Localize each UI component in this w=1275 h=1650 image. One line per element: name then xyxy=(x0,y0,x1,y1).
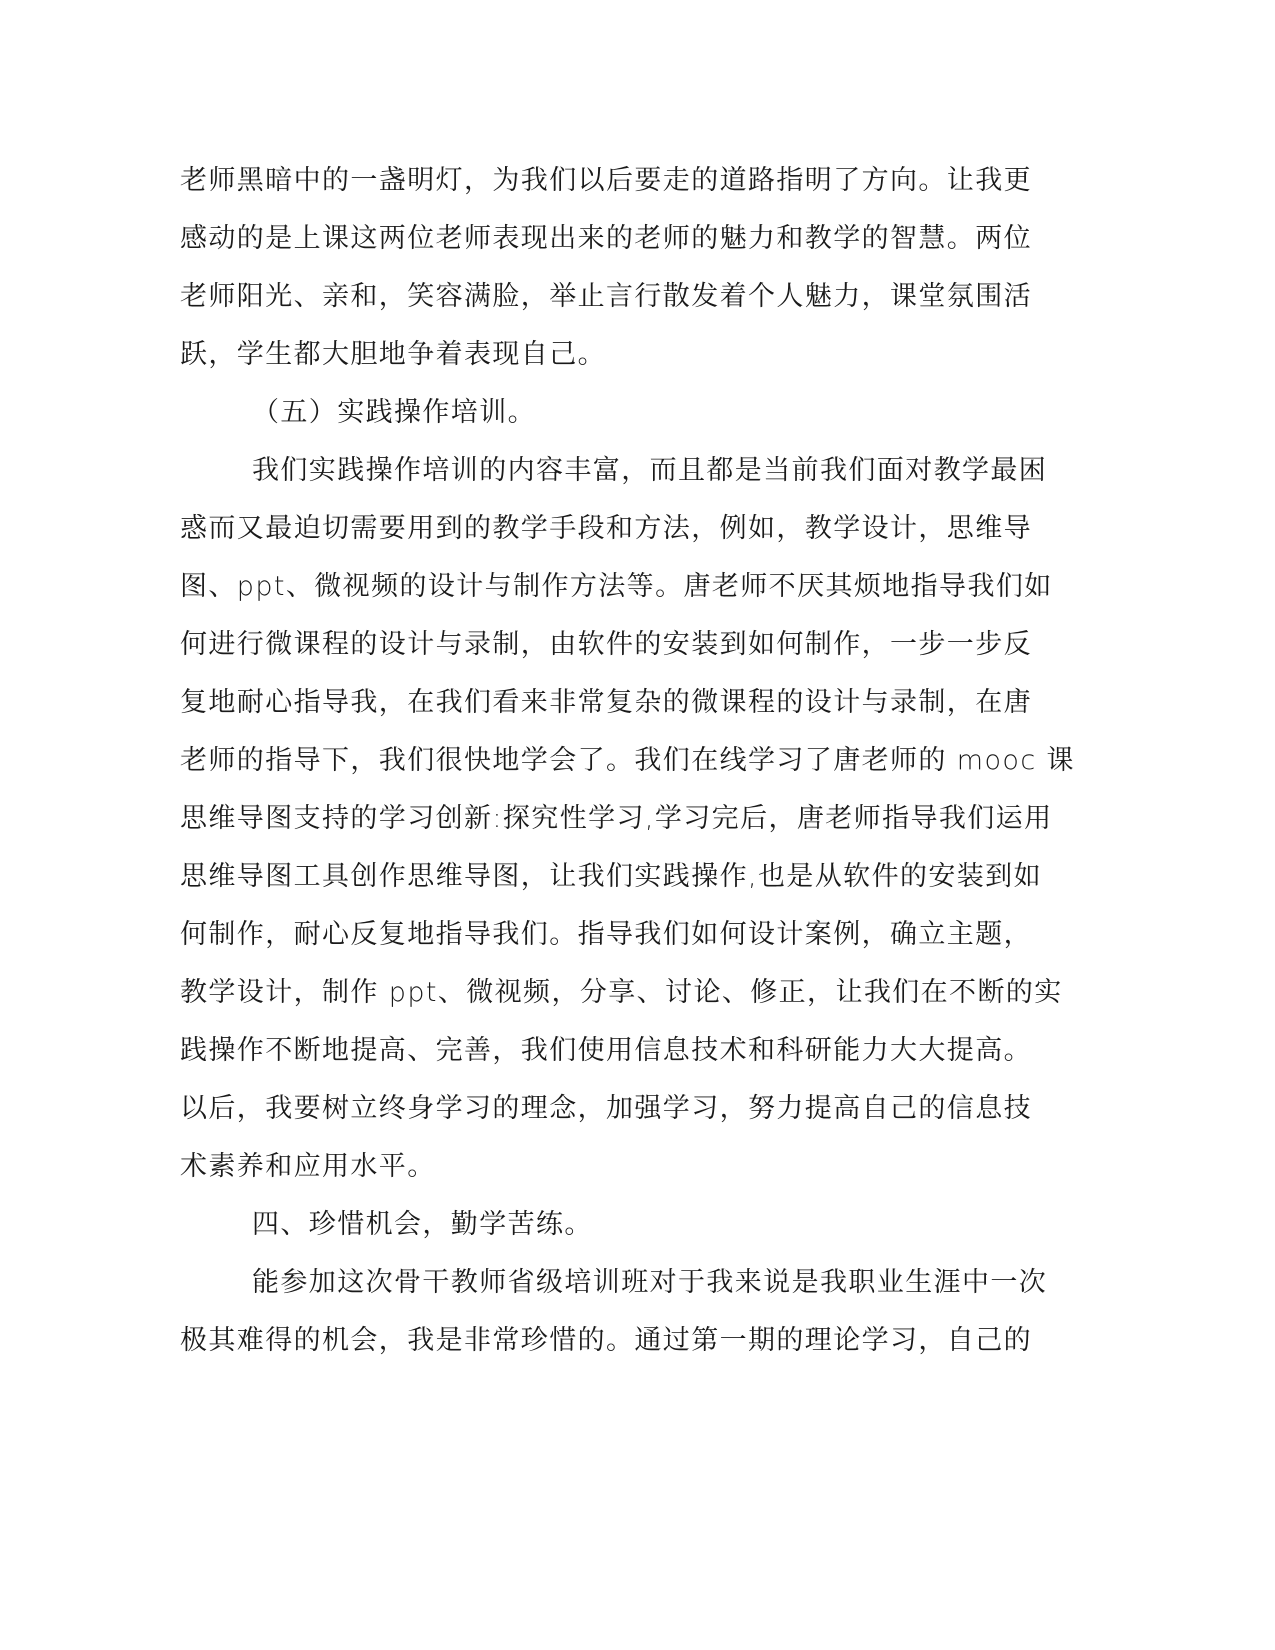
document-page: 老师黑暗中的一盏明灯，为我们以后要走的道路指明了方向。让我更 感动的是上课这两位… xyxy=(180,158,1040,1376)
paragraph-line: 能参加这次骨干教师省级培训班对于我来说是我职业生涯中一次 xyxy=(180,1260,1040,1318)
line-text: 何进行微课程的设计与录制，由软件的安装到如何制作，一步一步反 xyxy=(180,629,1032,660)
paragraph-line: 术素养和应用水平。 xyxy=(180,1144,1040,1202)
line-text: 教学设计，制作 ppt、微视频，分享、讨论、修正，让我们在不断的实 xyxy=(180,977,1063,1008)
paragraph-line: 何制作，耐心反复地指导我们。指导我们如何设计案例，确立主题， xyxy=(180,912,1040,970)
paragraph-line: 以后，我要树立终身学习的理念，加强学习，努力提高自己的信息技 xyxy=(180,1086,1040,1144)
line-text: 极其难得的机会，我是非常珍惜的。通过第一期的理论学习，自己的 xyxy=(180,1325,1032,1356)
paragraph-line: 践操作不断地提高、完善，我们使用信息技术和科研能力大大提高。 xyxy=(180,1028,1040,1086)
paragraph-line: 老师阳光、亲和，笑容满脸，举止言行散发着个人魅力，课堂氛围活 xyxy=(180,274,1040,332)
line-text: 能参加这次骨干教师省级培训班对于我来说是我职业生涯中一次 xyxy=(252,1267,1047,1298)
line-text: 何制作，耐心反复地指导我们。指导我们如何设计案例，确立主题， xyxy=(180,919,1032,950)
section-heading: 四、珍惜机会，勤学苦练。 xyxy=(180,1202,1040,1260)
line-text: 跃，学生都大胆地争着表现自己。 xyxy=(180,339,606,370)
line-text: 感动的是上课这两位老师表现出来的老师的魅力和教学的智慧。两位 xyxy=(180,223,1032,254)
paragraph-line: 教学设计，制作 ppt、微视频，分享、讨论、修正，让我们在不断的实 xyxy=(180,970,1040,1028)
line-text: 思维导图支持的学习创新:探究性学习,学习完后，唐老师指导我们运用 xyxy=(180,803,1052,834)
paragraph-line: 复地耐心指导我，在我们看来非常复杂的微课程的设计与录制，在唐 xyxy=(180,680,1040,738)
paragraph-line: 我们实践操作培训的内容丰富，而且都是当前我们面对教学最困 xyxy=(180,448,1040,506)
section-subheading: （五）实践操作培训。 xyxy=(180,390,1040,448)
line-text: 思维导图工具创作思维导图，让我们实践操作,也是从软件的安装到如 xyxy=(180,861,1042,892)
heading-text: 四、珍惜机会，勤学苦练。 xyxy=(252,1209,593,1240)
line-text: 以后，我要树立终身学习的理念，加强学习，努力提高自己的信息技 xyxy=(180,1093,1032,1124)
paragraph-line: 极其难得的机会，我是非常珍惜的。通过第一期的理论学习，自己的 xyxy=(180,1318,1040,1376)
line-text: 老师阳光、亲和，笑容满脸，举止言行散发着个人魅力，课堂氛围活 xyxy=(180,281,1032,312)
paragraph-line: 跃，学生都大胆地争着表现自己。 xyxy=(180,332,1040,390)
line-text: 复地耐心指导我，在我们看来非常复杂的微课程的设计与录制，在唐 xyxy=(180,687,1032,718)
line-text: 老师的指导下，我们很快地学会了。我们在线学习了唐老师的 mooc 课 xyxy=(180,745,1075,776)
line-text: 我们实践操作培训的内容丰富，而且都是当前我们面对教学最困 xyxy=(252,455,1047,486)
paragraph-line: 惑而又最迫切需要用到的教学手段和方法，例如，教学设计，思维导 xyxy=(180,506,1040,564)
paragraph-line: 老师黑暗中的一盏明灯，为我们以后要走的道路指明了方向。让我更 xyxy=(180,158,1040,216)
line-text: 图、ppt、微视频的设计与制作方法等。唐老师不厌其烦地指导我们如 xyxy=(180,571,1053,602)
subheading-text: （五）实践操作培训。 xyxy=(252,397,536,428)
line-text: 践操作不断地提高、完善，我们使用信息技术和科研能力大大提高。 xyxy=(180,1035,1032,1066)
line-text: 老师黑暗中的一盏明灯，为我们以后要走的道路指明了方向。让我更 xyxy=(180,165,1032,196)
line-text: 术素养和应用水平。 xyxy=(180,1151,436,1182)
paragraph-line: 图、ppt、微视频的设计与制作方法等。唐老师不厌其烦地指导我们如 xyxy=(180,564,1040,622)
paragraph-line: 感动的是上课这两位老师表现出来的老师的魅力和教学的智慧。两位 xyxy=(180,216,1040,274)
line-text: 惑而又最迫切需要用到的教学手段和方法，例如，教学设计，思维导 xyxy=(180,513,1032,544)
paragraph-line: 思维导图工具创作思维导图，让我们实践操作,也是从软件的安装到如 xyxy=(180,854,1040,912)
paragraph-line: 思维导图支持的学习创新:探究性学习,学习完后，唐老师指导我们运用 xyxy=(180,796,1040,854)
paragraph-line: 何进行微课程的设计与录制，由软件的安装到如何制作，一步一步反 xyxy=(180,622,1040,680)
paragraph-line: 老师的指导下，我们很快地学会了。我们在线学习了唐老师的 mooc 课 xyxy=(180,738,1040,796)
